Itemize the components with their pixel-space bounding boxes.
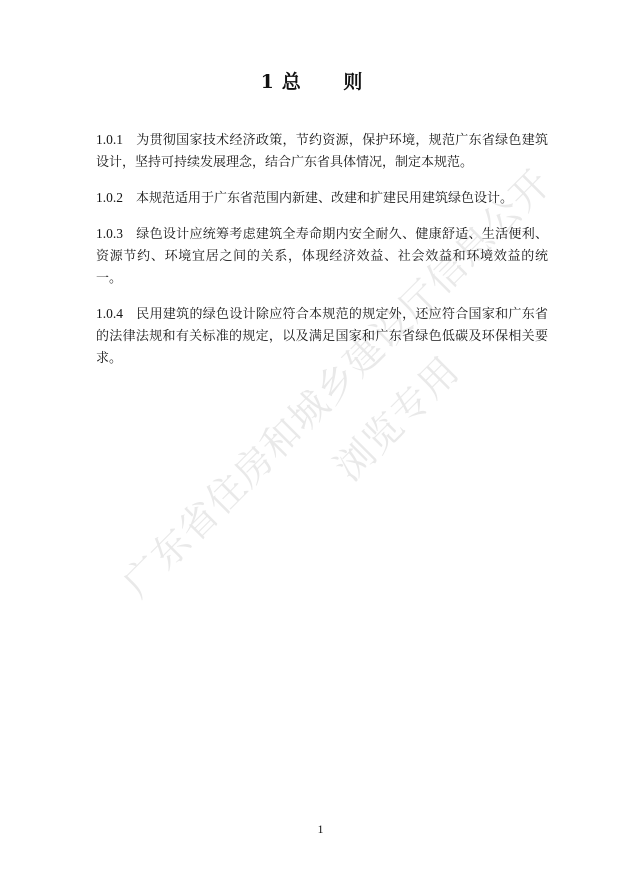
chapter-title: 1总 则 — [0, 67, 641, 94]
clause-1-0-2: 1.0.2本规范适用于广东省范围内新建、改建和扩建民用建筑绿色设计。 — [96, 187, 548, 210]
clause-1-0-1: 1.0.1为贯彻国家技术经济政策，节约资源，保护环境，规范广东省绿色建筑设计，坚… — [96, 129, 548, 174]
clause-number: 1.0.1 — [96, 129, 136, 151]
clause-1-0-3: 1.0.3绿色设计应统筹考虑建筑全寿命期内安全耐久、健康舒适、生活便利、资源节约… — [96, 223, 548, 290]
clause-text: 绿色设计应统筹考虑建筑全寿命期内安全耐久、健康舒适、生活便利、资源节约、环境宜居… — [96, 227, 548, 286]
clause-list: 1.0.1为贯彻国家技术经济政策，节约资源，保护环境，规范广东省绿色建筑设计，坚… — [96, 116, 548, 374]
clause-text: 为贯彻国家技术经济政策，节约资源，保护环境，规范广东省绿色建筑设计，坚持可持续发… — [96, 133, 548, 170]
chapter-heading: 总 则 — [282, 71, 381, 93]
chapter-number: 1 — [261, 71, 274, 93]
clause-number: 1.0.3 — [96, 223, 136, 245]
clause-number: 1.0.4 — [96, 303, 136, 325]
page-number: 1 — [0, 822, 641, 837]
clause-number: 1.0.2 — [96, 187, 136, 209]
clause-text: 本规范适用于广东省范围内新建、改建和扩建民用建筑绿色设计。 — [136, 191, 513, 206]
document-page: 广东省住房和城乡建设厅信息公开 浏览专用 1总 则 1.0.1为贯彻国家技术经济… — [0, 0, 641, 887]
clause-text: 民用建筑的绿色设计除应符合本规范的规定外，还应符合国家和广东省的法律法规和有关标… — [96, 307, 548, 366]
clause-1-0-4: 1.0.4民用建筑的绿色设计除应符合本规范的规定外，还应符合国家和广东省的法律法… — [96, 303, 548, 370]
